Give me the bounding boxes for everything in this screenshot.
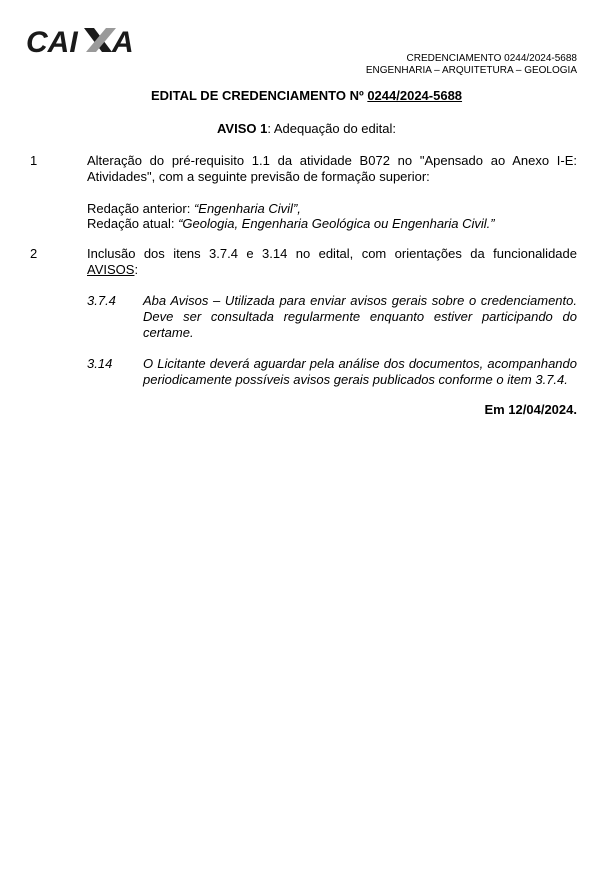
subitem-number: 3.7.4 xyxy=(87,293,116,308)
item-number: 2 xyxy=(30,246,37,261)
item-text: Alteração do pré-requisito 1.1 da ativid… xyxy=(87,153,577,185)
subitem-text: Aba Avisos – Utilizada para enviar aviso… xyxy=(143,293,577,341)
header-areas: ENGENHARIA – ARQUITETURA – GEOLOGIA xyxy=(366,65,577,77)
aviso-heading: AVISO 1: Adequação do edital: xyxy=(0,121,613,136)
avisos-link: AVISOS xyxy=(87,262,134,277)
header-credenciamento: CREDENCIAMENTO 0244/2024-5688 xyxy=(366,53,577,65)
aviso-label: AVISO 1 xyxy=(217,121,267,136)
redacao-atual-value: “Geologia, Engenharia Geológica ou Engen… xyxy=(178,216,495,231)
item-text-body: Inclusão dos itens 3.7.4 e 3.14 no edita… xyxy=(87,246,577,261)
title-prefix: EDITAL DE CREDENCIAMENTO Nº xyxy=(151,88,367,103)
svg-text:A: A xyxy=(111,27,134,53)
redacao-anterior-value: “Engenharia Civil”, xyxy=(194,201,301,216)
caixa-logo: CAI A xyxy=(26,27,142,53)
caixa-logo-icon: CAI A xyxy=(26,27,142,53)
document-date: Em 12/04/2024. xyxy=(484,402,577,417)
item-text-suffix: : xyxy=(134,262,138,277)
subitem-text: O Licitante deverá aguardar pela análise… xyxy=(143,356,577,388)
svg-text:CAI: CAI xyxy=(26,27,78,53)
title-number: 0244/2024-5688 xyxy=(367,88,462,103)
redacao-anterior: Redação anterior: “Engenharia Civil”, xyxy=(87,201,577,217)
subitem-number: 3.14 xyxy=(87,356,112,371)
redacao-atual: Redação atual: “Geologia, Engenharia Geo… xyxy=(87,216,577,232)
redacao-atual-label: Redação atual: xyxy=(87,216,178,231)
item-text: Inclusão dos itens 3.7.4 e 3.14 no edita… xyxy=(87,246,577,278)
item-number: 1 xyxy=(30,153,37,168)
aviso-text: : Adequação do edital: xyxy=(267,121,396,136)
document-header: CREDENCIAMENTO 0244/2024-5688 ENGENHARIA… xyxy=(366,53,577,77)
document-title: EDITAL DE CREDENCIAMENTO Nº 0244/2024-56… xyxy=(0,88,613,103)
redacao-anterior-label: Redação anterior: xyxy=(87,201,194,216)
